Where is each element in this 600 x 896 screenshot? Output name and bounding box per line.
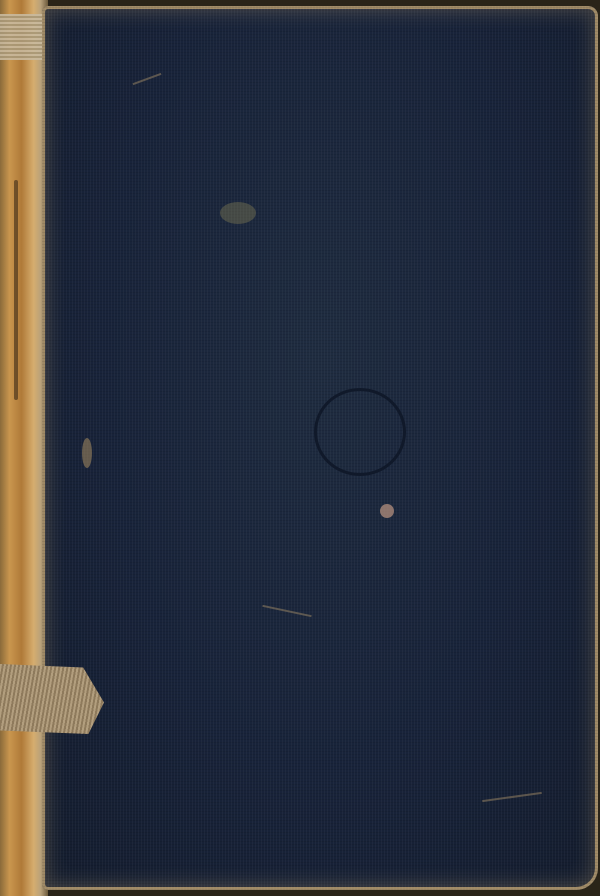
book-cover [42,6,598,890]
monogram [317,391,403,473]
stain [82,438,92,468]
book-spine [0,0,48,896]
cloth-tape-top [0,14,44,60]
monogram-emblem-icon [314,388,406,476]
book-photo [0,0,600,896]
stain [380,504,394,518]
stain [220,202,256,224]
spine-crack [14,180,18,400]
